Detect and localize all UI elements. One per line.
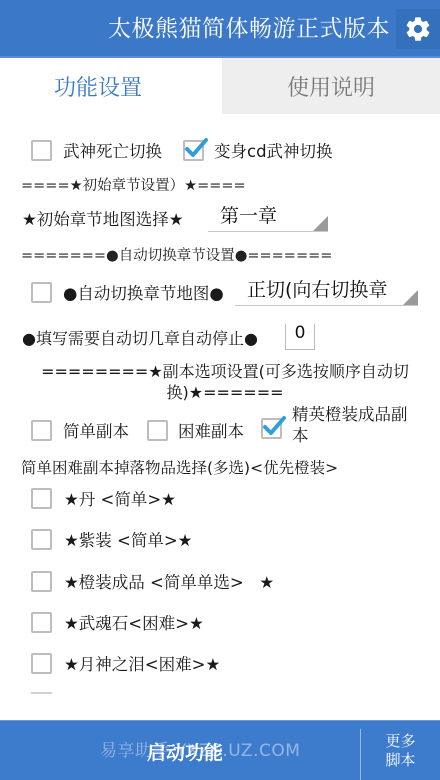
- death-switch-option[interactable]: 武神死亡切换: [31, 138, 162, 162]
- more-scripts-button[interactable]: 更多 脚本: [361, 721, 440, 780]
- auto-stop-chapter-input[interactable]: 0: [285, 324, 315, 350]
- transform-cd-switch-option[interactable]: 变身cd武神切换: [183, 138, 333, 162]
- drop-item-moon-tear[interactable]: ★月神之泪<困难>★: [31, 651, 220, 675]
- gear-icon: [404, 15, 432, 43]
- initial-map-label: ★初始章节地图选择★: [22, 206, 184, 230]
- initial-map-value: 第一章: [220, 201, 277, 228]
- section-initial-chapter: ====★初始章节设置）★====: [21, 174, 246, 195]
- bottom-action-bar: 易享助手 YXZS.UZ.COM 启动功能 更多 脚本: [0, 720, 440, 780]
- more-scripts-line1: 更多: [361, 732, 440, 751]
- settings-button[interactable]: [396, 9, 440, 49]
- checkmark-icon: [262, 414, 286, 438]
- auto-switch-label: ●自动切换章节地图●: [63, 280, 224, 304]
- easy-dungeon-option[interactable]: 简单副本: [31, 418, 129, 442]
- elite-orange-dungeon-option[interactable]: [261, 418, 282, 439]
- drop-item-purple-gear[interactable]: ★紫装 <简单>★: [31, 527, 192, 551]
- tab-usage-instructions[interactable]: 使用说明: [222, 58, 440, 114]
- section-dungeon-line1: ========★副本选项设置(可多选按顺序自动切: [20, 361, 430, 382]
- elite-orange-dungeon-checkbox[interactable]: [261, 418, 282, 439]
- dropdown-arrow-icon: [313, 216, 328, 231]
- death-switch-label: 武神死亡切换: [63, 138, 162, 162]
- section-dungeon-options: ========★副本选项设置(可多选按顺序自动切 换)★======: [20, 361, 430, 403]
- hard-dungeon-option[interactable]: 困难副本: [147, 418, 244, 442]
- drop-item-partial[interactable]: [31, 692, 52, 695]
- drop-orange-gear-checkbox[interactable]: [31, 571, 52, 592]
- drops-section-title: 简单困难副本掉落物品选择(多选)<优先橙装>: [21, 456, 338, 478]
- drop-item-orange-gear[interactable]: ★橙装成品 <简单单选> ★: [31, 569, 274, 593]
- tab-function-settings[interactable]: 功能设置: [0, 58, 222, 114]
- transform-cd-switch-label: 变身cd武神切换: [214, 138, 333, 162]
- drop-item-soul-stone[interactable]: ★武魂石<困难>★: [31, 610, 204, 634]
- easy-dungeon-checkbox[interactable]: [31, 420, 52, 441]
- initial-map-dropdown[interactable]: 第一章: [208, 198, 328, 232]
- easy-dungeon-label: 简单副本: [63, 418, 129, 442]
- app-title: 太极熊猫简体畅游正式版本: [0, 0, 392, 56]
- title-bar: 太极熊猫简体畅游正式版本: [0, 0, 440, 58]
- drop-item-pill[interactable]: ★丹 <简单>★: [31, 486, 176, 510]
- elite-orange-dungeon-label-line1: 精英橙装成品副: [292, 404, 408, 425]
- death-switch-checkbox[interactable]: [31, 140, 52, 161]
- transform-cd-switch-checkbox[interactable]: [183, 140, 204, 161]
- auto-switch-direction-dropdown[interactable]: 正切(向右切换章: [235, 272, 418, 306]
- auto-stop-label: ●填写需要自动切几章自动停止●: [22, 326, 258, 349]
- drop-soul-stone-label: ★武魂石<困难>★: [64, 610, 204, 634]
- elite-orange-dungeon-label: 精英橙装成品副 本: [292, 404, 408, 446]
- drop-purple-gear-label: ★紫装 <简单>★: [64, 527, 192, 551]
- hard-dungeon-label: 困难副本: [178, 418, 244, 442]
- more-scripts-line2: 脚本: [361, 751, 440, 770]
- drop-pill-checkbox[interactable]: [31, 488, 52, 509]
- drop-moon-tear-checkbox[interactable]: [31, 653, 52, 674]
- settings-panel: 武神死亡切换 变身cd武神切换 ====★初始章节设置）★==== ★初始章节地…: [0, 114, 440, 720]
- section-auto-switch: =======●自动切换章节设置●=======: [21, 244, 332, 265]
- checkmark-icon: [184, 136, 208, 160]
- auto-stop-chapter-value: 0: [295, 323, 306, 343]
- drop-moon-tear-label: ★月神之泪<困难>★: [64, 651, 220, 675]
- section-dungeon-line2: 换)★======: [20, 382, 430, 403]
- dropdown-arrow-icon: [403, 290, 418, 305]
- tab-bar: 功能设置 使用说明: [0, 58, 440, 114]
- drop-soul-stone-checkbox[interactable]: [31, 612, 52, 633]
- start-function-button[interactable]: 启动功能: [0, 721, 360, 780]
- elite-orange-dungeon-label-line2: 本: [292, 425, 408, 446]
- drop-orange-gear-label: ★橙装成品 <简单单选> ★: [64, 569, 274, 593]
- drop-purple-gear-checkbox[interactable]: [31, 529, 52, 550]
- auto-switch-direction-value: 正切(向右切换章: [247, 275, 387, 302]
- hard-dungeon-checkbox[interactable]: [147, 420, 168, 441]
- auto-switch-checkbox[interactable]: [31, 282, 52, 303]
- auto-switch-option[interactable]: ●自动切换章节地图●: [31, 280, 224, 304]
- drop-pill-label: ★丹 <简单>★: [64, 486, 176, 510]
